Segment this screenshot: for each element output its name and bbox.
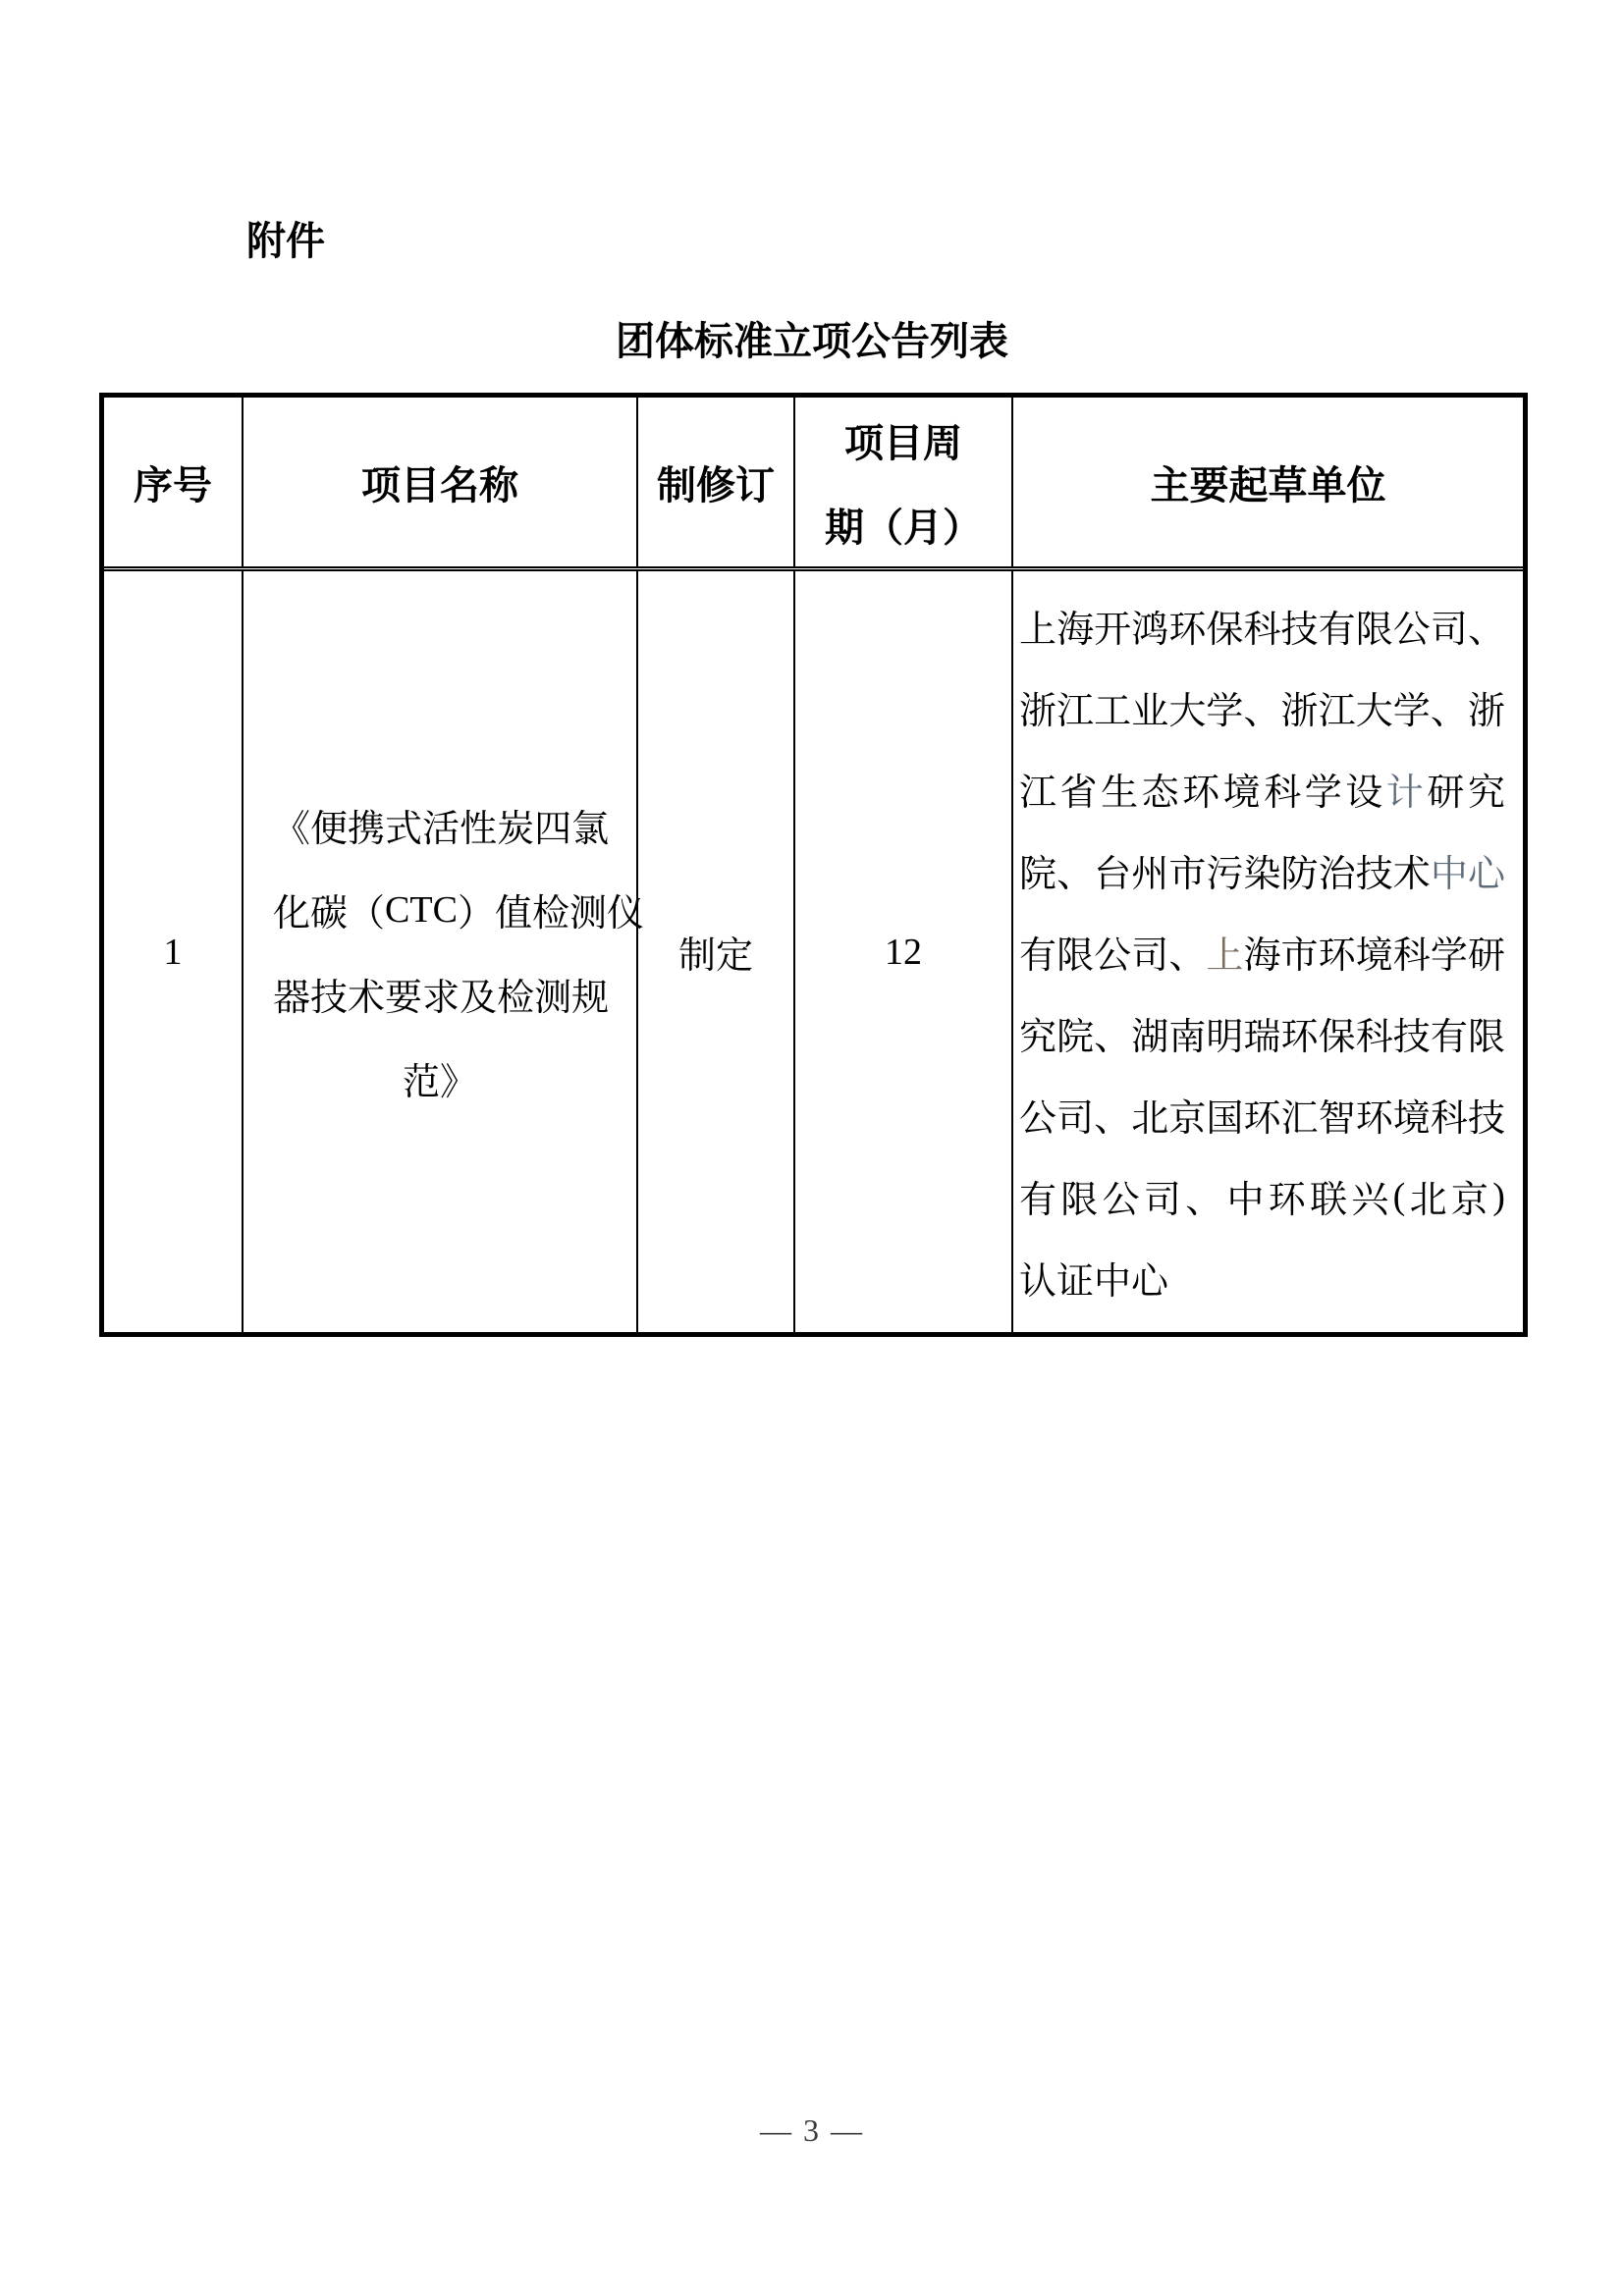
cell-revision: 制定: [638, 571, 795, 1332]
header-cell-period: 项目周期（月）: [795, 398, 1013, 566]
header-cell-project-name: 项目名称: [244, 398, 638, 566]
table-header-row: 序号 项目名称 制修订 项目周期（月） 主要起草单位: [104, 398, 1523, 571]
text-line: 院、台州市污染防治技术中心: [1019, 829, 1505, 911]
text-line: 公司、北京国环汇智环境科技: [1019, 1074, 1505, 1155]
text-line: 化碳（CTC）值检测仪: [273, 868, 607, 952]
project-table: 序号 项目名称 制修订 项目周期（月） 主要起草单位 1 《便携式活性炭四氯化碳…: [99, 393, 1528, 1337]
header-cell-drafting-units: 主要起草单位: [1013, 398, 1523, 566]
page-title: 团体标准立项公告列表: [0, 318, 1624, 365]
page-number: — 3 —: [0, 2112, 1624, 2149]
document-page: 附件 团体标准立项公告列表 序号 项目名称 制修订 项目周期（月） 主要起草单位…: [0, 0, 1624, 2296]
text-line: 江省生态环境科学设计研究: [1019, 748, 1505, 829]
text-line: 认证中心: [1019, 1237, 1505, 1318]
text-line: 器技术要求及检测规: [273, 952, 607, 1037]
text-line: 范》: [273, 1037, 607, 1121]
text-line: 有限公司、上海市环境科学研: [1019, 911, 1505, 992]
text-line: 《便携式活性炭四氯: [273, 783, 607, 868]
attachment-label: 附件: [246, 218, 325, 265]
cell-period: 12: [795, 571, 1013, 1332]
text-line: 项目周: [795, 398, 1011, 482]
cell-index: 1: [104, 571, 244, 1332]
text-line: 期（月）: [795, 482, 1011, 566]
header-cell-revision: 制修订: [638, 398, 795, 566]
text-line: 上海开鸿环保科技有限公司、: [1019, 585, 1505, 667]
cell-project-name: 《便携式活性炭四氯化碳（CTC）值检测仪器技术要求及检测规范》: [244, 571, 638, 1332]
text-line: 有限公司、中环联兴(北京): [1019, 1155, 1505, 1237]
text-line: 浙江工业大学、浙江大学、浙: [1019, 667, 1505, 748]
table-row: 1 《便携式活性炭四氯化碳（CTC）值检测仪器技术要求及检测规范》 制定 12 …: [104, 571, 1523, 1332]
cell-drafting-units: 上海开鸿环保科技有限公司、浙江工业大学、浙江大学、浙江省生态环境科学设计研究院、…: [1013, 571, 1523, 1332]
text-line: 究院、湖南明瑞环保科技有限: [1019, 992, 1505, 1074]
header-cell-index: 序号: [104, 398, 244, 566]
